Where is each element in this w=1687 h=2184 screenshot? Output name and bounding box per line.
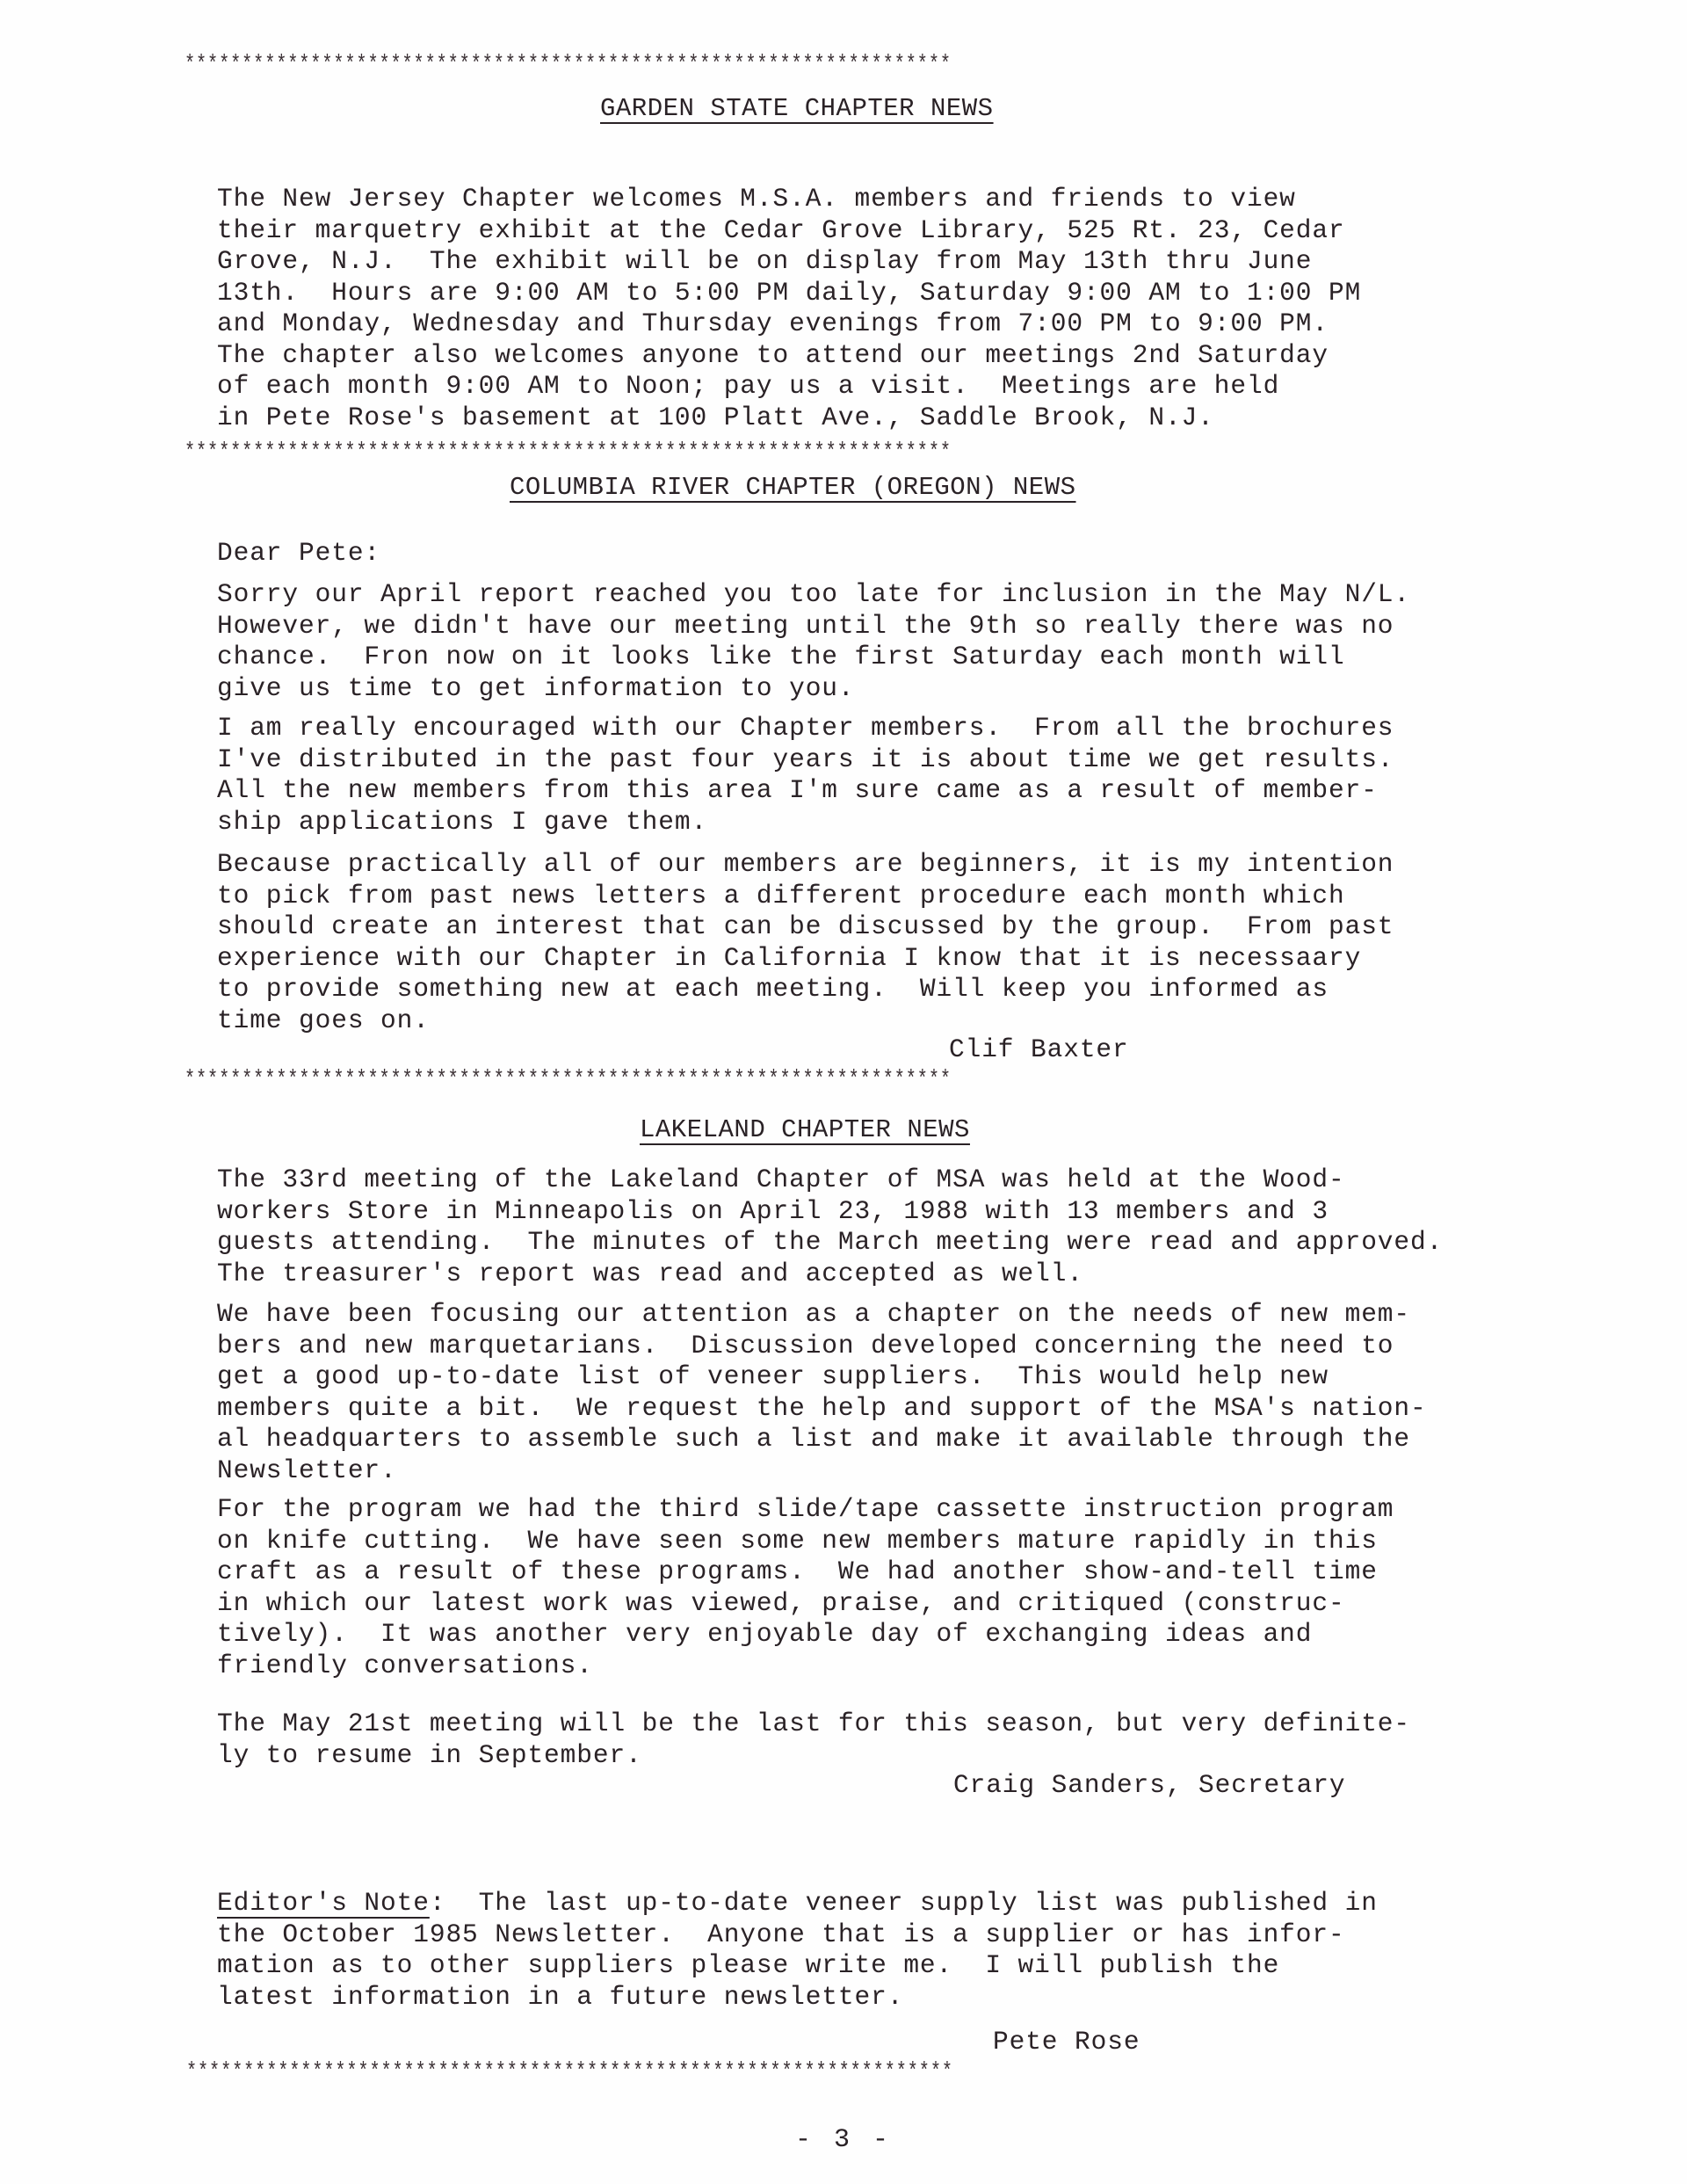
columbia-paragraph-2: I am really encouraged with our Chapter … xyxy=(217,713,1394,838)
columbia-paragraph-1: Sorry our April report reached you too l… xyxy=(217,579,1410,704)
columbia-signature: Clif Baxter xyxy=(949,1034,1129,1065)
text-line: Newsletter. xyxy=(217,1455,1427,1487)
text-line: Sorry our April report reached you too l… xyxy=(217,579,1410,611)
text-line: experience with our Chapter in Californi… xyxy=(217,943,1394,975)
separator-top: ****************************************… xyxy=(185,51,952,77)
text-line: The chapter also welcomes anyone to atte… xyxy=(217,340,1361,372)
text-line: to provide something new at each meeting… xyxy=(217,974,1394,1005)
separator: ****************************************… xyxy=(185,1066,952,1092)
text-line: and Monday, Wednesday and Thursday eveni… xyxy=(217,308,1361,340)
text-line: ship applications I gave them. xyxy=(217,807,1394,838)
text-line: Because practically all of our members a… xyxy=(217,849,1394,881)
text-line: However, we didn't have our meeting unti… xyxy=(217,611,1410,642)
text-line: get a good up-to-date list of veneer sup… xyxy=(217,1361,1427,1393)
text-line: chance. Fron now on it looks like the fi… xyxy=(217,642,1410,673)
text-line: I am really encouraged with our Chapter … xyxy=(217,713,1394,744)
text-line: The treasurer's report was read and acce… xyxy=(217,1259,1443,1290)
lakeland-paragraph-3: For the program we had the third slide/t… xyxy=(217,1494,1394,1681)
text-line: give us time to get information to you. xyxy=(217,673,1410,705)
text-line: All the new members from this area I'm s… xyxy=(217,775,1394,807)
lakeland-signature: Craig Sanders, Secretary xyxy=(953,1769,1345,1801)
text-line: guests attending. The minutes of the Mar… xyxy=(217,1227,1443,1259)
lakeland-paragraph-1: The 33rd meeting of the Lakeland Chapter… xyxy=(217,1165,1443,1289)
text-line: 13th. Hours are 9:00 AM to 5:00 PM daily… xyxy=(217,278,1361,309)
text-line: in which our latest work was viewed, pra… xyxy=(217,1588,1394,1620)
garden-state-heading: GARDEN STATE CHAPTER NEWS xyxy=(600,93,994,125)
editors-note: Editor's Note: The last up-to-date venee… xyxy=(217,1888,1378,2013)
text-line: craft as a result of these programs. We … xyxy=(217,1556,1394,1588)
text-line: ly to resume in September. xyxy=(217,1740,1410,1772)
text-line: al headquarters to assemble such a list … xyxy=(217,1424,1427,1455)
text-line: to pick from past news letters a differe… xyxy=(217,881,1394,912)
editors-note-first-line: : The last up-to-date veneer supply list… xyxy=(430,1888,1378,1918)
newsletter-page: ****************************************… xyxy=(0,0,1687,2184)
text-line: For the program we had the third slide/t… xyxy=(217,1494,1394,1526)
text-line: bers and new marquetarians. Discussion d… xyxy=(217,1331,1427,1362)
text-line: workers Store in Minneapolis on April 23… xyxy=(217,1196,1443,1228)
salutation: Dear Pete: xyxy=(217,538,380,570)
text-line: time goes on. xyxy=(217,1005,1394,1037)
text-line: I've distributed in the past four years … xyxy=(217,744,1394,776)
separator: ****************************************… xyxy=(185,439,952,465)
columbia-salutation: Dear Pete: xyxy=(217,538,380,570)
lakeland-paragraph-4: The May 21st meeting will be the last fo… xyxy=(217,1709,1410,1771)
page-number: - 3 - xyxy=(0,2125,1687,2155)
editors-note-label: Editor's Note xyxy=(217,1888,430,1918)
text-line: mation as to other suppliers please writ… xyxy=(217,1950,1378,1982)
editors-note-signature: Pete Rose xyxy=(993,2026,1140,2057)
text-line: in Pete Rose's basement at 100 Platt Ave… xyxy=(217,403,1361,434)
columbia-river-heading: COLUMBIA RIVER CHAPTER (OREGON) NEWS xyxy=(510,472,1076,504)
text-line: Editor's Note: The last up-to-date venee… xyxy=(217,1888,1378,1919)
text-line: members quite a bit. We request the help… xyxy=(217,1393,1427,1425)
text-line: The 33rd meeting of the Lakeland Chapter… xyxy=(217,1165,1443,1196)
text-line: The New Jersey Chapter welcomes M.S.A. m… xyxy=(217,184,1361,215)
text-line: The May 21st meeting will be the last fo… xyxy=(217,1709,1410,1740)
lakeland-paragraph-2: We have been focusing our attention as a… xyxy=(217,1299,1427,1486)
text-line: friendly conversations. xyxy=(217,1651,1394,1682)
text-line: tively). It was another very enjoyable d… xyxy=(217,1619,1394,1651)
text-line: We have been focusing our attention as a… xyxy=(217,1299,1427,1331)
separator-bottom: ****************************************… xyxy=(186,2058,953,2085)
text-line: their marquetry exhibit at the Cedar Gro… xyxy=(217,215,1361,247)
text-line: on knife cutting. We have seen some new … xyxy=(217,1526,1394,1557)
text-line: the October 1985 Newsletter. Anyone that… xyxy=(217,1919,1378,1951)
text-line: Grove, N.J. The exhibit will be on displ… xyxy=(217,246,1361,278)
columbia-paragraph-3: Because practically all of our members a… xyxy=(217,849,1394,1036)
text-line: of each month 9:00 AM to Noon; pay us a … xyxy=(217,371,1361,403)
garden-state-body: The New Jersey Chapter welcomes M.S.A. m… xyxy=(217,184,1361,433)
text-line: latest information in a future newslette… xyxy=(217,1982,1378,2013)
text-line: should create an interest that can be di… xyxy=(217,911,1394,943)
lakeland-heading: LAKELAND CHAPTER NEWS xyxy=(640,1114,970,1146)
